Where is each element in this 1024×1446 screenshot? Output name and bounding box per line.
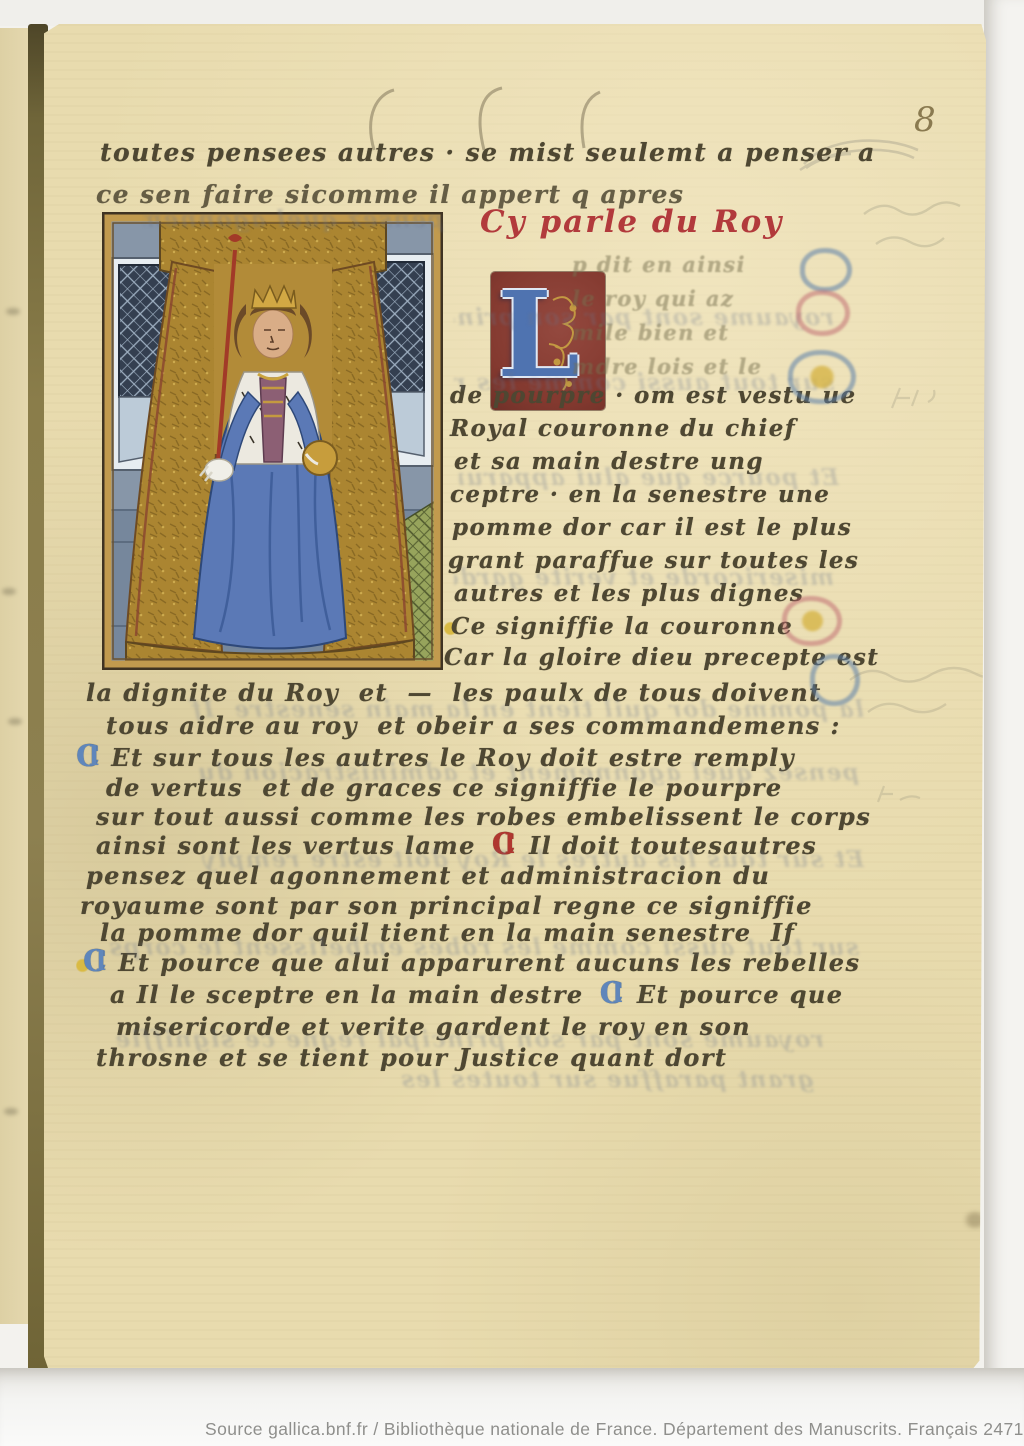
miniature-king-enthroned bbox=[102, 212, 443, 670]
source-caption: Source gallica.bnf.fr / Bibliothèque nat… bbox=[205, 1419, 1024, 1440]
marginal-note-pencil bbox=[856, 192, 986, 262]
pilcrow-icon bbox=[492, 835, 517, 855]
text-line: Et sur tous les autres le Roy doit estre… bbox=[76, 743, 795, 772]
text-line: Car la gloire dieu precepte est bbox=[444, 644, 879, 671]
text-line: ainsi sont les vertus lameIl doit toutes… bbox=[96, 831, 817, 860]
marginal-note-pencil bbox=[844, 650, 1004, 730]
marginal-note-pencil bbox=[882, 384, 942, 414]
text-line-faded: mdre lois et le bbox=[572, 354, 762, 379]
scan-background-right bbox=[984, 0, 1024, 1446]
bleedthrough-initial bbox=[800, 248, 852, 292]
text-line: Ce signiffie la couronne bbox=[444, 613, 793, 640]
text-line-faded: le roy qui az bbox=[572, 286, 734, 311]
marginal-note-pencil bbox=[870, 782, 930, 810]
text-line: et sa main destre ung bbox=[454, 448, 764, 475]
text-line: de vertus et de graces ce signiffie le p… bbox=[106, 773, 783, 802]
text-line: Et pource que alui apparurent aucuns les… bbox=[76, 948, 860, 977]
pilcrow-icon bbox=[76, 747, 101, 767]
text-line: la dignite du Roy et — les paulx de tous… bbox=[86, 678, 822, 707]
text-line: royaume sont par son principal regne ce … bbox=[80, 891, 813, 920]
text-line: pensez quel agonnement et administracion… bbox=[86, 861, 770, 890]
rubric-heading: Cy parle du Roy bbox=[480, 204, 783, 240]
manuscript-page: 8 toutes pensees autres · se mist seulem… bbox=[44, 24, 986, 1370]
text-line: ceptre · en la senestre une bbox=[450, 481, 830, 508]
text-line-faded: mile bien et bbox=[572, 320, 729, 345]
ink-fleck bbox=[2, 588, 16, 595]
text-line: pomme dor car il est le plus bbox=[452, 514, 852, 541]
text-line-faded: p dit en ainsi bbox=[572, 252, 746, 277]
text-line: grant paraffue sur toutes les bbox=[448, 547, 859, 574]
bleedthrough-initial bbox=[796, 290, 850, 336]
ink-fleck bbox=[6, 308, 20, 315]
pilcrow-icon bbox=[83, 952, 108, 972]
scan-background-top bbox=[0, 0, 1024, 26]
text-line: Royal couronne du chief bbox=[450, 415, 796, 442]
ink-fleck bbox=[4, 1108, 18, 1115]
text-line: la pomme dor quil tient en la main senes… bbox=[100, 918, 795, 947]
text-line: de pourpre · om est vestu ue bbox=[450, 382, 857, 409]
ink-fleck bbox=[8, 718, 22, 725]
text-line: sur tout aussi comme les robes embelisse… bbox=[96, 802, 871, 831]
text-line: misericorde et verite gardent le roy en … bbox=[116, 1012, 751, 1041]
text-line: tous aidre au roy et obeir a ses command… bbox=[106, 711, 841, 740]
text-line: autres et les plus dignes bbox=[454, 580, 804, 607]
text-line: toutes pensees autres · se mist seulemt … bbox=[100, 138, 876, 167]
pilcrow-icon bbox=[600, 984, 625, 1004]
text-line: a Il le sceptre en la main destreEt pour… bbox=[110, 980, 843, 1009]
text-line: throsne et se tient pour Justice quant d… bbox=[96, 1043, 727, 1072]
